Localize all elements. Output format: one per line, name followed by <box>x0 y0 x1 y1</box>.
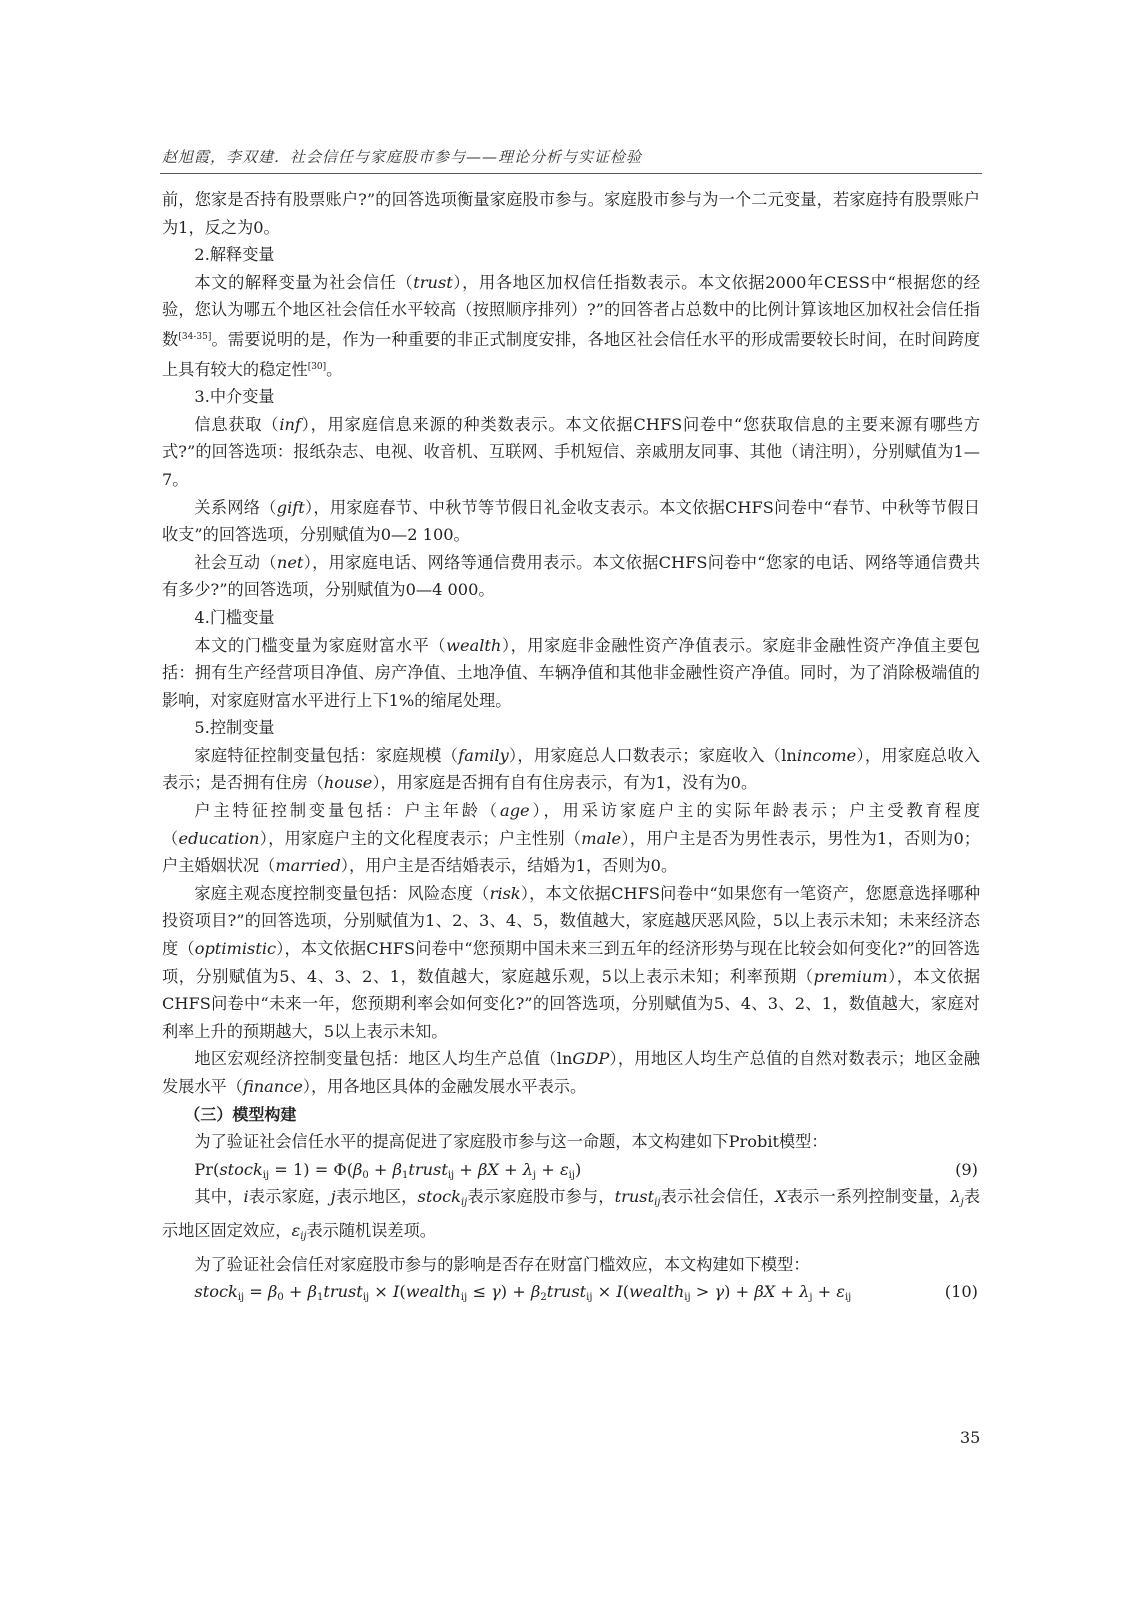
subheading-explanatory-variable: 2.解释变量 <box>162 241 980 269</box>
paragraph-macro-controls: 地区宏观经济控制变量包括：地区人均生产总值（lnGDP），用地区人均生产总值的自… <box>162 1045 980 1100</box>
section-heading-model: （三）模型构建 <box>162 1101 980 1129</box>
paragraph-net: 社会互动（net），用家庭电话、网络等通信费用表示。本文依据CHFS问卷中“您家… <box>162 549 980 604</box>
paragraph-head-controls: 户主特征控制变量包括：户主年龄（age），用采访家庭户主的实际年龄表示；户主受教… <box>162 797 980 880</box>
subheading-control-variables: 5.控制变量 <box>162 714 980 742</box>
paragraph-inf: 信息获取（inf），用家庭信息来源的种类数表示。本文依据CHFS问卷中“您获取信… <box>162 411 980 494</box>
citation[interactable]: [34-35] <box>178 332 211 342</box>
paragraph-wealth: 本文的门槛变量为家庭财富水平（wealth），用家庭非金融性资产净值表示。家庭非… <box>162 632 980 715</box>
paragraph-attitude-controls: 家庭主观态度控制变量包括：风险态度（risk），本文依据CHFS问卷中“如果您有… <box>162 880 980 1046</box>
page-number: 35 <box>960 1428 980 1447</box>
paragraph-probit-intro: 为了验证社会信任水平的提高促进了家庭股市参与这一命题，本文构建如下Probit模… <box>162 1128 980 1156</box>
header-rule <box>160 173 982 174</box>
equation-9-body: Pr(stockij = 1) = Φ(β0 + β1trustij + βX … <box>194 1160 581 1179</box>
subheading-mediator-variable: 3.中介变量 <box>162 383 980 411</box>
paragraph-threshold-intro: 为了验证社会信任对家庭股市参与的影响是否存在财富门槛效应，本文构建如下模型： <box>162 1251 980 1279</box>
equation-10-body: stockij = β0 + β1trustij × I(wealthij ≤ … <box>194 1282 851 1301</box>
paragraph-continued: 前，您家是否持有股票账户?”的回答选项衡量家庭股市参与。家庭股市参与为一个二元变… <box>162 186 980 241</box>
subheading-threshold-variable: 4.门槛变量 <box>162 604 980 632</box>
equation-number: (9) <box>955 1156 978 1184</box>
paragraph-family-controls: 家庭特征控制变量包括：家庭规模（family），用家庭总人口数表示；家庭收入（l… <box>162 742 980 797</box>
paragraph-trust: 本文的解释变量为社会信任（trust），用各地区加权信任指数表示。本文依据200… <box>162 269 980 383</box>
running-head: 赵旭霞，李双建．社会信任与家庭股市参与——理论分析与实证检验 <box>162 146 642 167</box>
equation-9: Pr(stockij = 1) = Φ(β0 + β1trustij + βX … <box>162 1156 980 1184</box>
paper-page: 赵旭霞，李双建．社会信任与家庭股市参与——理论分析与实证检验 前，您家是否持有股… <box>0 0 1140 1600</box>
body-text: 前，您家是否持有股票账户?”的回答选项衡量家庭股市参与。家庭股市参与为一个二元变… <box>162 186 980 1306</box>
citation[interactable]: [30] <box>308 362 326 372</box>
equation-number: (10) <box>945 1278 978 1306</box>
paragraph-notation: 其中，i表示家庭，j表示地区，stockij表示家庭股市参与，trustij表示… <box>162 1183 980 1250</box>
equation-10: stockij = β0 + β1trustij × I(wealthij ≤ … <box>162 1278 980 1306</box>
paragraph-gift: 关系网络（gift），用家庭春节、中秋节等节假日礼金收支表示。本文依据CHFS问… <box>162 494 980 549</box>
